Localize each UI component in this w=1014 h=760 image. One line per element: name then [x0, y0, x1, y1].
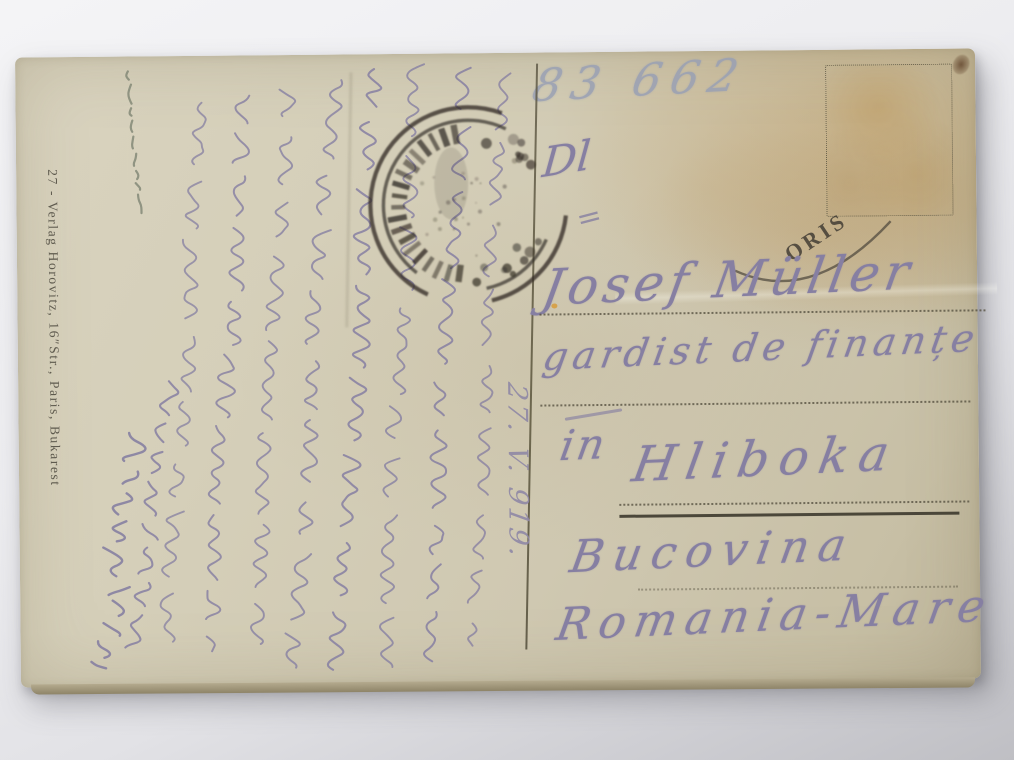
publisher-imprint: 27 - Verlag Horovitz, 16″Str., Paris, Bu… [44, 169, 63, 487]
address-country: Romania-Mare [553, 579, 998, 651]
in-overline-dash [565, 408, 623, 420]
vertical-crease [345, 72, 352, 327]
address-name: Josef Müller [538, 243, 919, 317]
inventory-number: 83 662 [528, 48, 752, 112]
postcard: 83 662 27 - Verlag Horovitz, 16″Str., Pa… [15, 48, 981, 687]
address-salutation: Dl [540, 131, 592, 187]
message-handwriting [15, 52, 581, 687]
address-dotted-line-2 [540, 400, 970, 406]
locality-solid-underline [619, 512, 959, 518]
photo-background: 83 662 27 - Verlag Horovitz, 16″Str., Pa… [0, 0, 1014, 760]
locality-dotted-underline [619, 500, 969, 505]
message-date: 27. V. 919. [501, 381, 534, 563]
stamp-box [825, 64, 953, 217]
address-occupation: gardist de finanțe [540, 316, 983, 379]
salutation-mark: = [573, 198, 606, 238]
address-preposition: in [556, 419, 611, 470]
address-locality: Hliboka [628, 425, 903, 494]
address-region: Bucovina [566, 518, 859, 584]
corner-stain [950, 52, 973, 77]
postmark-teeth-and-smudges [387, 124, 542, 287]
